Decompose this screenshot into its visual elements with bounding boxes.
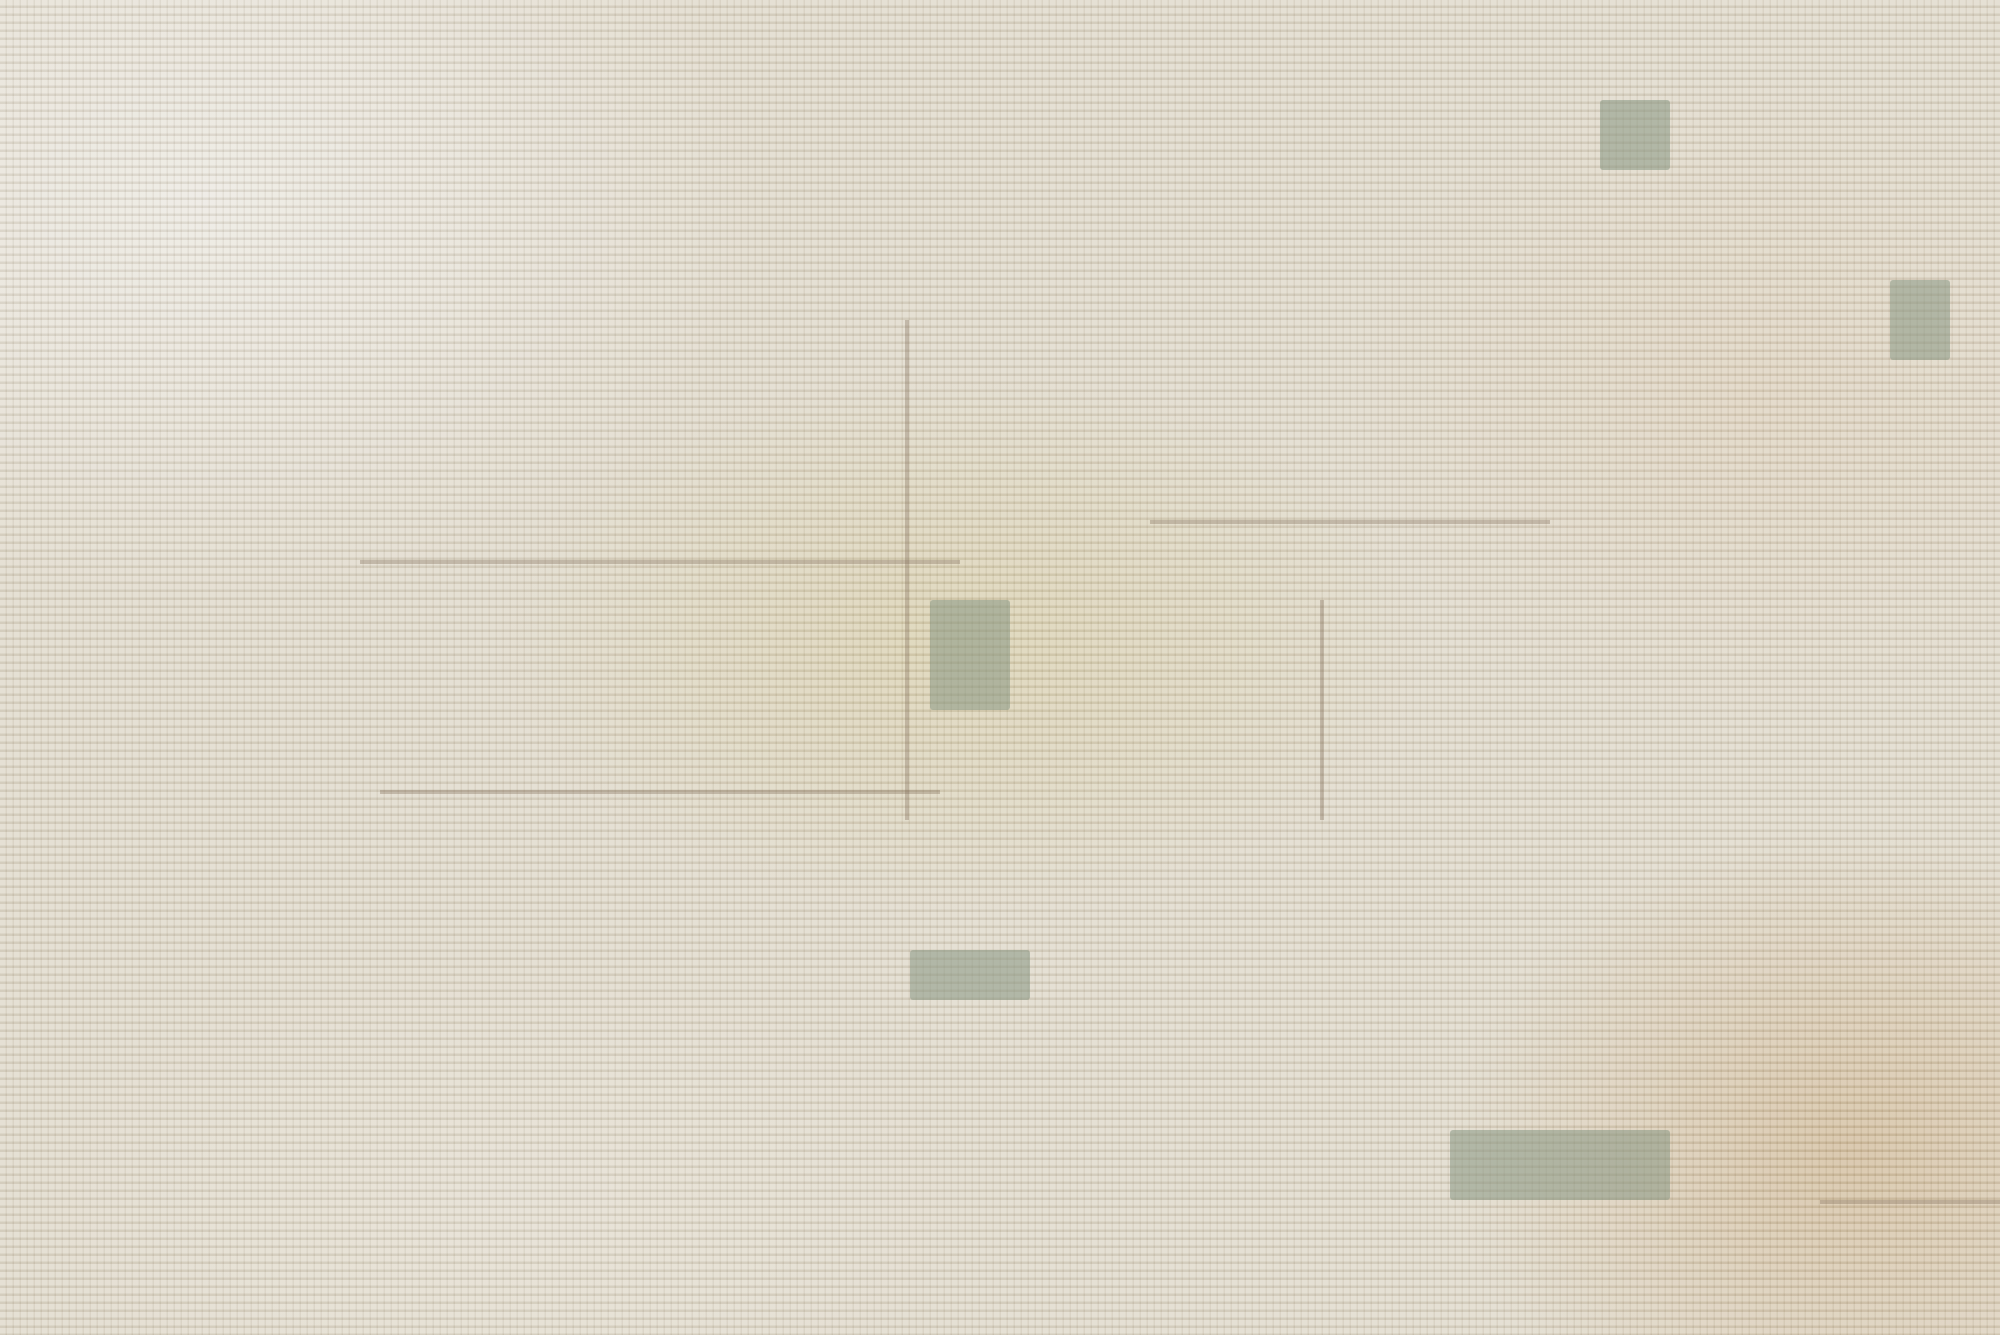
medallion-outline-2 [380,790,940,794]
green-motif-bottom-right [1450,1130,1670,1200]
medallion-outline-4 [905,320,909,820]
medallion-outline-1 [360,560,960,564]
rug-texture-photo [0,0,2000,1335]
medallion-outline-5 [1320,600,1324,820]
green-motif-center [930,600,1010,710]
medallion-outline-3 [1150,520,1550,524]
green-motif-lower [910,950,1030,1000]
lower-outline [1820,1200,2000,1204]
green-motif-top-right-2 [1600,100,1670,170]
green-motif-top-right [1890,280,1950,360]
